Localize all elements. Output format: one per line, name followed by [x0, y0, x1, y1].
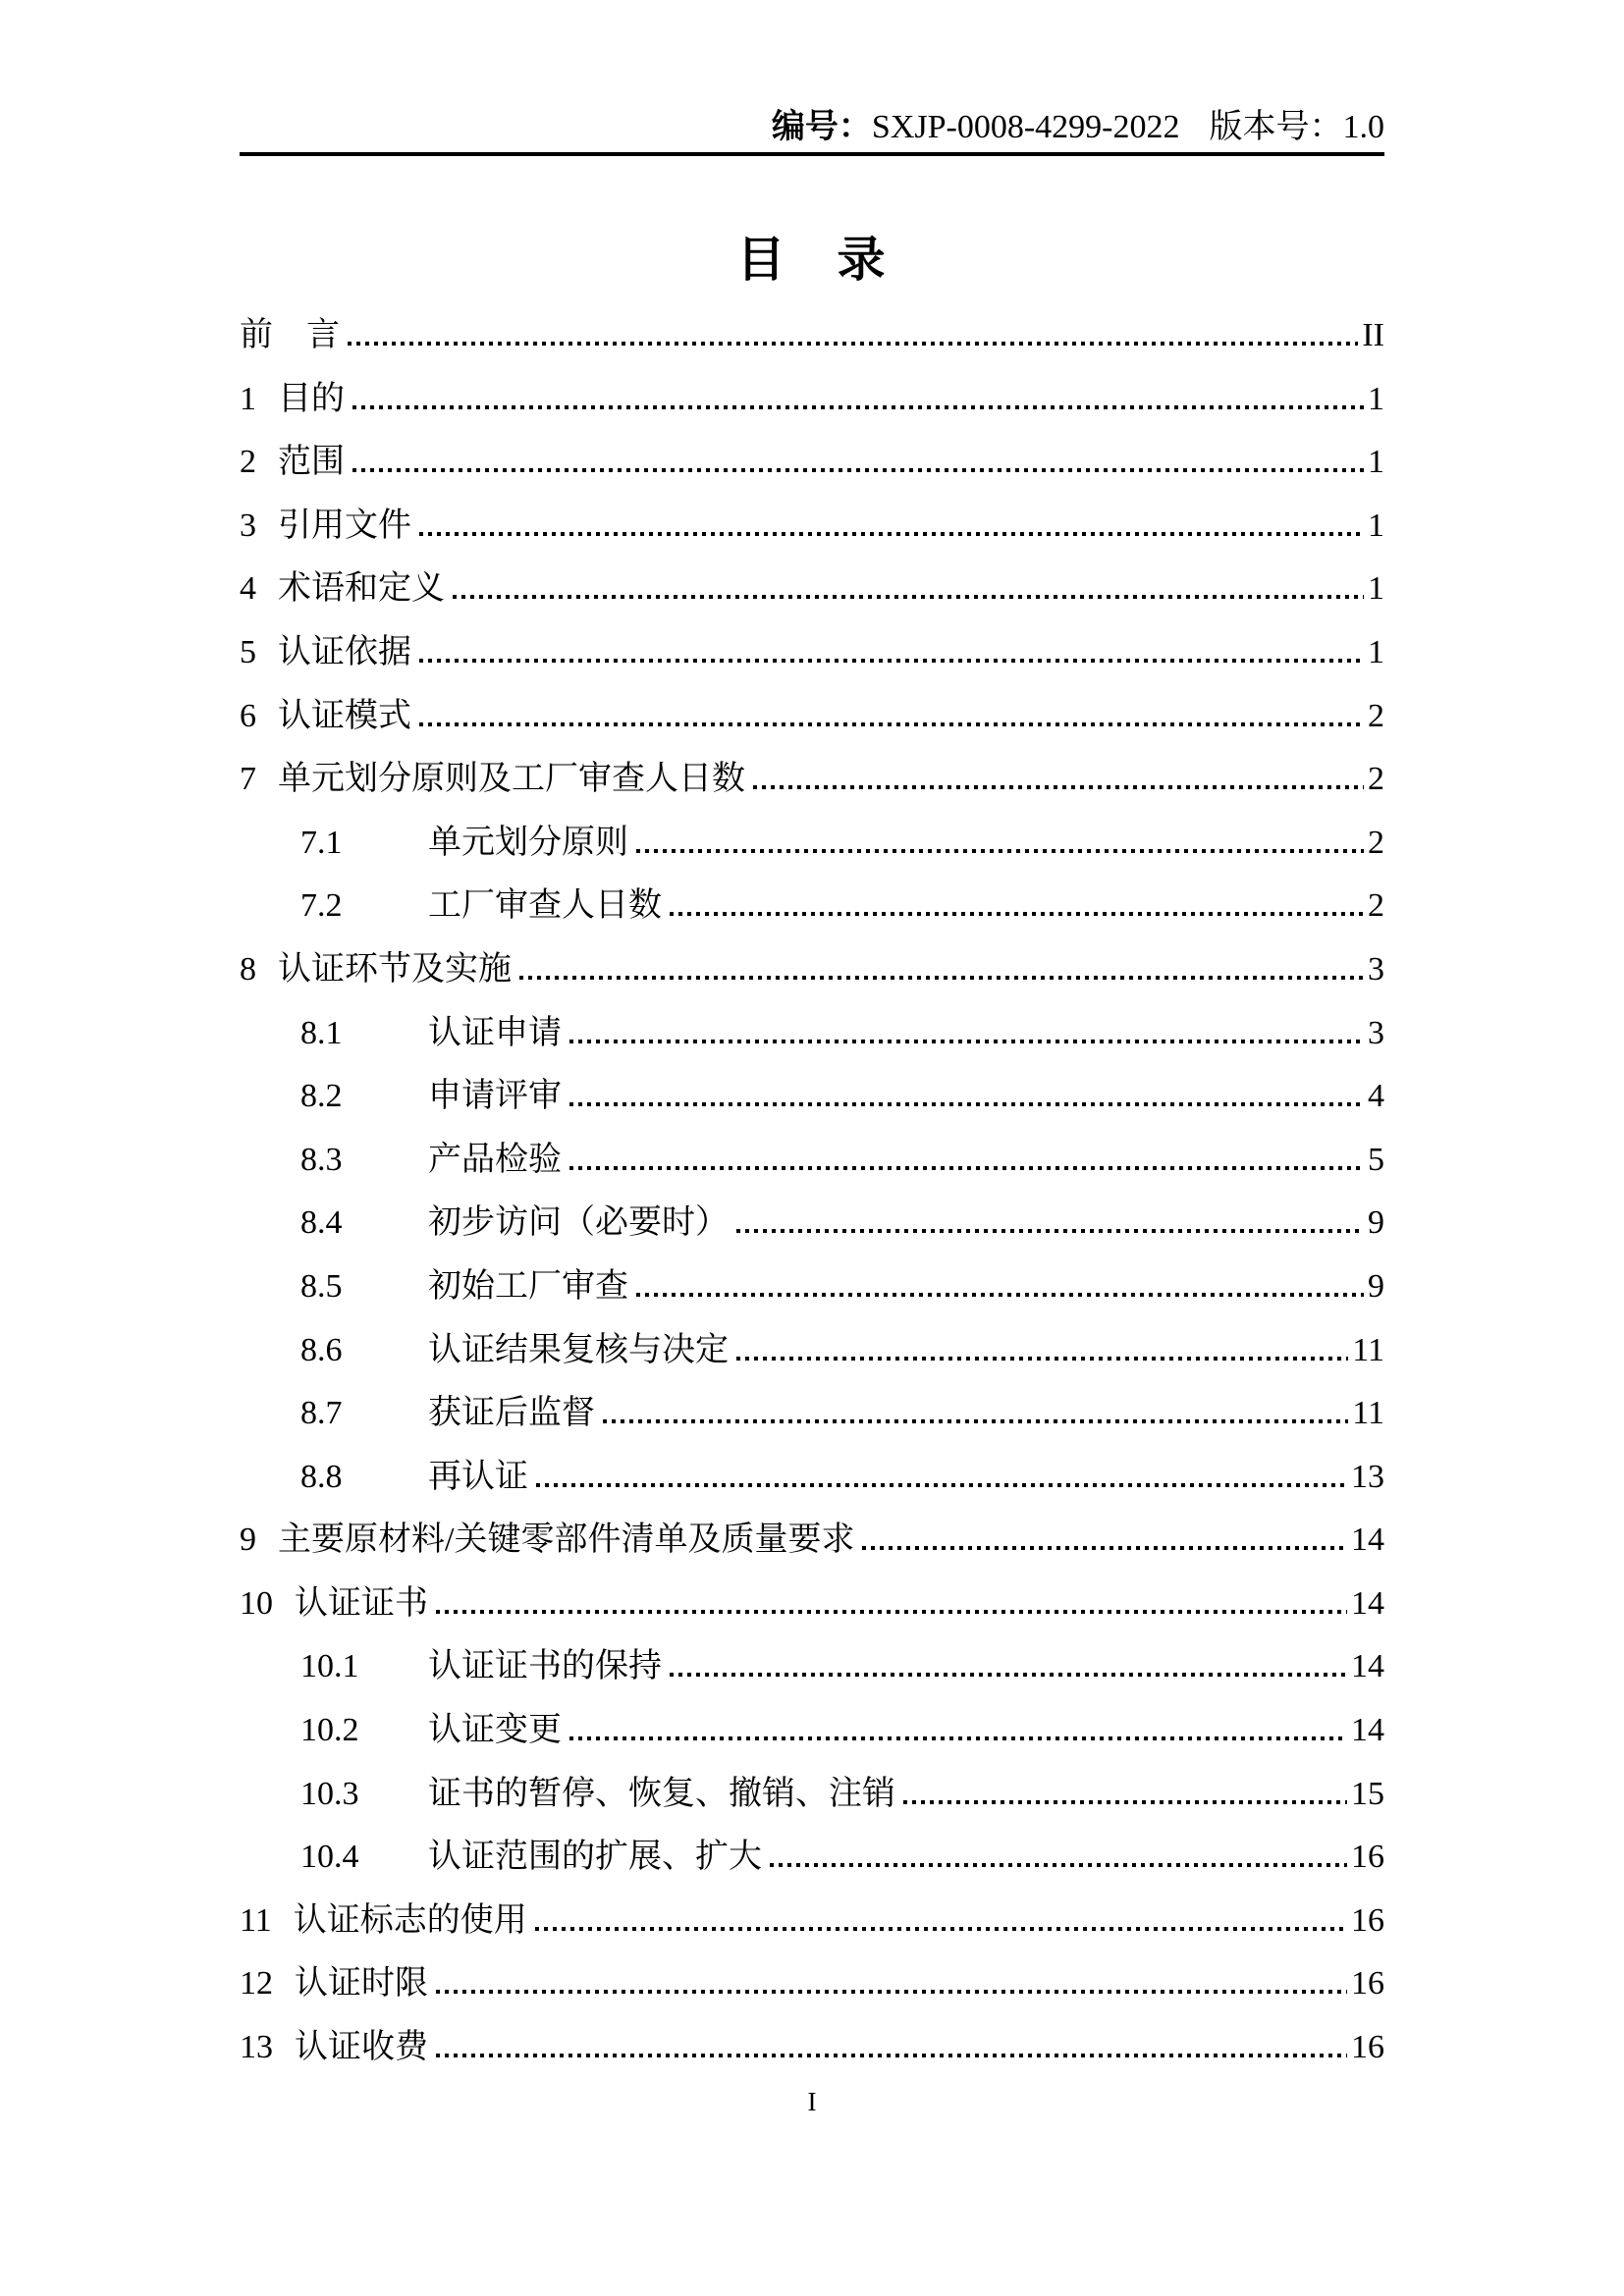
- toc-entry-page: 14: [1351, 1635, 1384, 1699]
- toc-entry-number: 8.3: [300, 1129, 428, 1193]
- toc-entry: 10.1认证证书的保持14: [240, 1635, 1384, 1699]
- dot-leader: [736, 1229, 1364, 1233]
- toc-entry: 5认证依据1: [240, 621, 1384, 685]
- toc-entry: 9主要原材料/关键零部件清单及质量要求14: [240, 1509, 1384, 1573]
- dot-leader: [536, 1483, 1347, 1487]
- toc-entry-page: 14: [1351, 1509, 1384, 1573]
- doc-number-label: 编号：: [772, 109, 872, 145]
- toc-entry-page: 1: [1368, 431, 1384, 495]
- toc-entry: 2范围1: [240, 431, 1384, 495]
- toc-entry-number: 7: [240, 748, 256, 812]
- toc-entry-number: 10: [240, 1573, 273, 1636]
- toc-entry-number: 8.8: [300, 1446, 428, 1510]
- dot-leader: [535, 1927, 1347, 1931]
- toc-entry-label: 初步访问（必要时）: [428, 1192, 729, 1255]
- toc-entry-label: 认证时限: [295, 1952, 428, 2016]
- toc-entry-label: 获证后监督: [428, 1382, 595, 1446]
- toc-entry-label: 认证范围的扩展、扩大: [428, 1826, 762, 1890]
- toc-entry-number: 8.5: [300, 1255, 428, 1319]
- toc-entry-label: 认证申请: [428, 1002, 562, 1066]
- toc-entry: 7.2工厂审查人日数2: [240, 875, 1384, 938]
- toc-entry: 8.2申请评审4: [240, 1065, 1384, 1129]
- document-page: 编号：SXJP-0008-4299-2022版本号：1.0 目 录 前 言II1…: [0, 0, 1624, 2296]
- toc-entry-page: II: [1362, 304, 1384, 368]
- page-number-footer: I: [0, 2087, 1624, 2117]
- document-header: 编号：SXJP-0008-4299-2022版本号：1.0: [240, 108, 1384, 147]
- toc-entry-label: 主要原材料/关键零部件清单及质量要求: [278, 1509, 854, 1573]
- toc-entry-label: 认证证书: [295, 1573, 428, 1636]
- toc-entry-page: 14: [1351, 1573, 1384, 1636]
- toc-entry-label: 术语和定义: [278, 558, 445, 621]
- dot-leader: [352, 468, 1364, 472]
- toc-entry: 7.1单元划分原则2: [240, 812, 1384, 876]
- toc-entry: 8.3产品检验5: [240, 1129, 1384, 1193]
- toc-title: 目 录: [240, 222, 1384, 291]
- toc-entry-page: 16: [1351, 1952, 1384, 2016]
- toc-entry-number: 11: [240, 1890, 272, 1953]
- toc-entry-page: 1: [1368, 495, 1384, 559]
- toc-entry-page: 2: [1368, 685, 1384, 749]
- dot-leader: [519, 976, 1364, 980]
- toc-entry-number: 8.4: [300, 1192, 428, 1255]
- dot-leader: [453, 595, 1364, 599]
- toc-entry: 10.2认证变更14: [240, 1699, 1384, 1763]
- dot-leader: [753, 785, 1364, 789]
- toc-entry-page: 16: [1351, 1826, 1384, 1890]
- toc-entry-label: 产品检验: [428, 1129, 562, 1193]
- dot-leader: [670, 1673, 1347, 1677]
- toc-entry-label: 单元划分原则及工厂审查人日数: [278, 748, 745, 812]
- toc-entry: 11认证标志的使用16: [240, 1890, 1384, 1953]
- dot-leader: [419, 659, 1364, 663]
- dot-leader: [670, 912, 1364, 916]
- toc-entry: 8.7获证后监督11: [240, 1382, 1384, 1446]
- toc-entry-label: 认证收费: [295, 2016, 428, 2080]
- dot-leader: [770, 1863, 1347, 1867]
- toc-entry-number: 8.7: [300, 1382, 428, 1446]
- toc-entry: 1目的1: [240, 368, 1384, 432]
- toc-entry-page: 3: [1368, 1002, 1384, 1066]
- dot-leader: [862, 1546, 1347, 1550]
- toc-entry-label: 申请评审: [428, 1065, 562, 1129]
- toc-entry-label: 工厂审查人日数: [428, 875, 662, 938]
- toc-entry-page: 1: [1368, 621, 1384, 685]
- toc-entry-number: 9: [240, 1509, 256, 1573]
- toc-entry-label: 范围: [278, 431, 345, 495]
- dot-leader: [436, 2054, 1347, 2057]
- toc-entry-number: 4: [240, 558, 256, 621]
- dot-leader: [569, 1040, 1364, 1043]
- toc-entry-number: 13: [240, 2016, 273, 2080]
- toc-entry-page: 13: [1351, 1446, 1384, 1510]
- toc-entry-page: 11: [1352, 1319, 1384, 1383]
- dot-leader: [569, 1736, 1347, 1740]
- dot-leader: [903, 1800, 1347, 1804]
- toc-entry-label: 目的: [278, 368, 345, 432]
- toc-entry-number: 8.2: [300, 1065, 428, 1129]
- toc-entry-label: 引用文件: [278, 495, 411, 559]
- toc-entry-label: 认证模式: [278, 685, 411, 749]
- dot-leader: [352, 405, 1364, 409]
- toc-entry-page: 1: [1368, 368, 1384, 432]
- dot-leader: [569, 1102, 1364, 1106]
- dot-leader: [348, 342, 1358, 346]
- toc-entry: 7单元划分原则及工厂审查人日数2: [240, 748, 1384, 812]
- toc-entry-page: 11: [1352, 1382, 1384, 1446]
- toc-entry-label: 认证变更: [428, 1699, 562, 1763]
- toc-list: 前 言II1目的12范围13引用文件14术语和定义15认证依据16认证模式27单…: [240, 304, 1384, 2080]
- toc-entry-page: 14: [1351, 1699, 1384, 1763]
- toc-entry-number: 7.2: [300, 875, 428, 938]
- dot-leader: [636, 849, 1364, 853]
- toc-entry-label: 单元划分原则: [428, 812, 628, 876]
- toc-entry-page: 15: [1351, 1763, 1384, 1827]
- toc-entry-number: 8.1: [300, 1002, 428, 1066]
- toc-entry-number: 1: [240, 368, 256, 432]
- toc-entry-number: 10.1: [300, 1635, 428, 1699]
- toc-entry: 3引用文件1: [240, 495, 1384, 559]
- toc-entry-number: 6: [240, 685, 256, 749]
- toc-entry: 8.4初步访问（必要时）9: [240, 1192, 1384, 1255]
- toc-entry-page: 2: [1368, 748, 1384, 812]
- dot-leader: [436, 1990, 1347, 1994]
- toc-entry-page: 9: [1368, 1192, 1384, 1255]
- dot-leader: [419, 722, 1364, 726]
- toc-entry-label: 初始工厂审查: [428, 1255, 628, 1319]
- toc-entry-number: 10.4: [300, 1826, 428, 1890]
- toc-entry-label: 认证环节及实施: [278, 938, 512, 1002]
- toc-entry: 前 言II: [240, 304, 1384, 368]
- toc-entry-number: 12: [240, 1952, 273, 2016]
- toc-entry: 8.8再认证13: [240, 1446, 1384, 1510]
- toc-entry: 8.1认证申请3: [240, 1002, 1384, 1066]
- toc-entry: 10.3证书的暂停、恢复、撤销、注销15: [240, 1763, 1384, 1827]
- dot-leader: [569, 1166, 1364, 1170]
- toc-entry: 10认证证书14: [240, 1573, 1384, 1636]
- toc-entry-page: 4: [1368, 1065, 1384, 1129]
- toc-entry-number: 5: [240, 621, 256, 685]
- toc-entry: 8认证环节及实施3: [240, 938, 1384, 1002]
- toc-entry-number: 3: [240, 495, 256, 559]
- toc-entry: 13认证收费16: [240, 2016, 1384, 2080]
- toc-entry-label: 认证依据: [278, 621, 411, 685]
- toc-entry-number: 7.1: [300, 812, 428, 876]
- toc-entry: 8.6认证结果复核与决定11: [240, 1319, 1384, 1383]
- toc-entry-page: 5: [1368, 1129, 1384, 1193]
- toc-entry: 12认证时限16: [240, 1952, 1384, 2016]
- toc-entry: 8.5初始工厂审查9: [240, 1255, 1384, 1319]
- toc-entry-page: 16: [1351, 1890, 1384, 1953]
- toc-entry-page: 3: [1368, 938, 1384, 1002]
- toc-entry-page: 16: [1351, 2016, 1384, 2080]
- version-value: 1.0: [1343, 109, 1385, 145]
- header-rule: [240, 152, 1384, 156]
- toc-entry-label: 认证结果复核与决定: [428, 1319, 729, 1383]
- version-label: 版本号：: [1210, 109, 1343, 145]
- toc-entry-label: 认证标志的使用: [294, 1890, 527, 1953]
- toc-entry-number: 8.6: [300, 1319, 428, 1383]
- toc-entry-page: 2: [1368, 812, 1384, 876]
- toc-entry-number: 10.2: [300, 1699, 428, 1763]
- toc-entry-number: 10.3: [300, 1763, 428, 1827]
- toc-entry-label: 证书的暂停、恢复、撤销、注销: [428, 1763, 895, 1827]
- dot-leader: [419, 532, 1364, 536]
- dot-leader: [636, 1293, 1364, 1297]
- dot-leader: [436, 1610, 1347, 1614]
- toc-entry-page: 9: [1368, 1255, 1384, 1319]
- toc-entry-page: 2: [1368, 875, 1384, 938]
- doc-number-value: SXJP-0008-4299-2022: [872, 109, 1180, 145]
- toc-entry: 6认证模式2: [240, 685, 1384, 749]
- toc-entry-number: 8: [240, 938, 256, 1002]
- dot-leader: [736, 1357, 1348, 1361]
- toc-entry-label: 再认证: [428, 1446, 528, 1510]
- toc-entry-number: 2: [240, 431, 256, 495]
- toc-entry-label: 认证证书的保持: [428, 1635, 662, 1699]
- toc-entry-label: 前 言: [240, 304, 340, 368]
- toc-entry-page: 1: [1368, 558, 1384, 621]
- dot-leader: [603, 1419, 1348, 1423]
- toc-entry: 10.4认证范围的扩展、扩大16: [240, 1826, 1384, 1890]
- toc-entry: 4术语和定义1: [240, 558, 1384, 621]
